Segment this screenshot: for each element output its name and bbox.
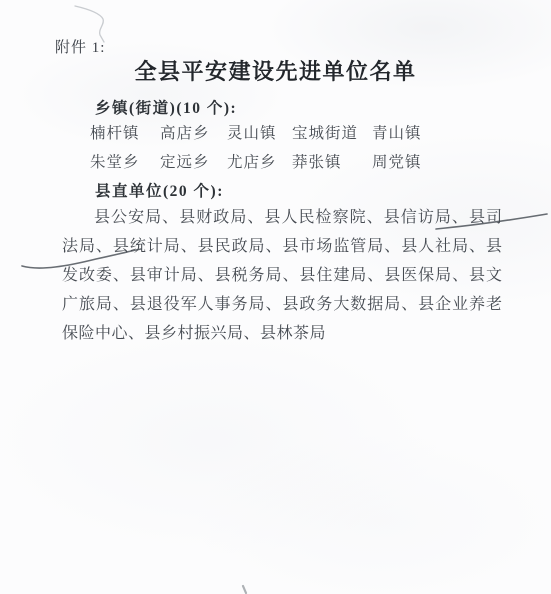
- township-section-heading: 乡镇(街道)(10 个):: [95, 96, 237, 118]
- township-name: 高店乡: [160, 121, 210, 143]
- document-title: 全县平安建设先进单位名单: [0, 55, 551, 86]
- township-name: 楠杆镇: [90, 121, 140, 143]
- township-name: 青山镇: [372, 121, 422, 143]
- township-name: 朱堂乡: [90, 150, 140, 172]
- township-name: 尤店乡: [227, 150, 277, 172]
- township-name: 莽张镇: [292, 150, 342, 172]
- paragraph-line: 县公安局、县财政局、县人民检察院、县信访局、县司: [62, 203, 502, 232]
- township-name: 灵山镇: [227, 121, 277, 143]
- township-name: 定远乡: [160, 150, 210, 172]
- township-row: 楠杆镇 高店乡 灵山镇 宝城街道 青山镇: [0, 121, 551, 143]
- paragraph-line: 法局、县统计局、县民政局、县市场监管局、县人社局、县: [62, 232, 502, 261]
- scanned-document-page: 附件 1: 全县平安建设先进单位名单 乡镇(街道)(10 个): 楠杆镇 高店乡…: [0, 0, 551, 594]
- township-row: 朱堂乡 定远乡 尤店乡 莽张镇 周党镇: [0, 150, 551, 172]
- paragraph-line: 发改委、县审计局、县税务局、县住建局、县医保局、县文: [62, 261, 502, 290]
- county-units-paragraph: 县公安局、县财政局、县人民检察院、县信访局、县司 法局、县统计局、县民政局、县市…: [62, 203, 502, 348]
- paragraph-line: 广旅局、县退役军人事务局、县政务大数据局、县企业养老: [62, 290, 502, 319]
- county-section-heading: 县直单位(20 个):: [95, 179, 224, 201]
- township-name: 周党镇: [372, 150, 422, 172]
- attachment-label: 附件 1:: [55, 36, 105, 57]
- paragraph-line: 保险中心、县乡村振兴局、县林茶局: [62, 319, 502, 348]
- scan-speck-bottom: [243, 586, 246, 593]
- township-name: 宝城街道: [292, 121, 358, 143]
